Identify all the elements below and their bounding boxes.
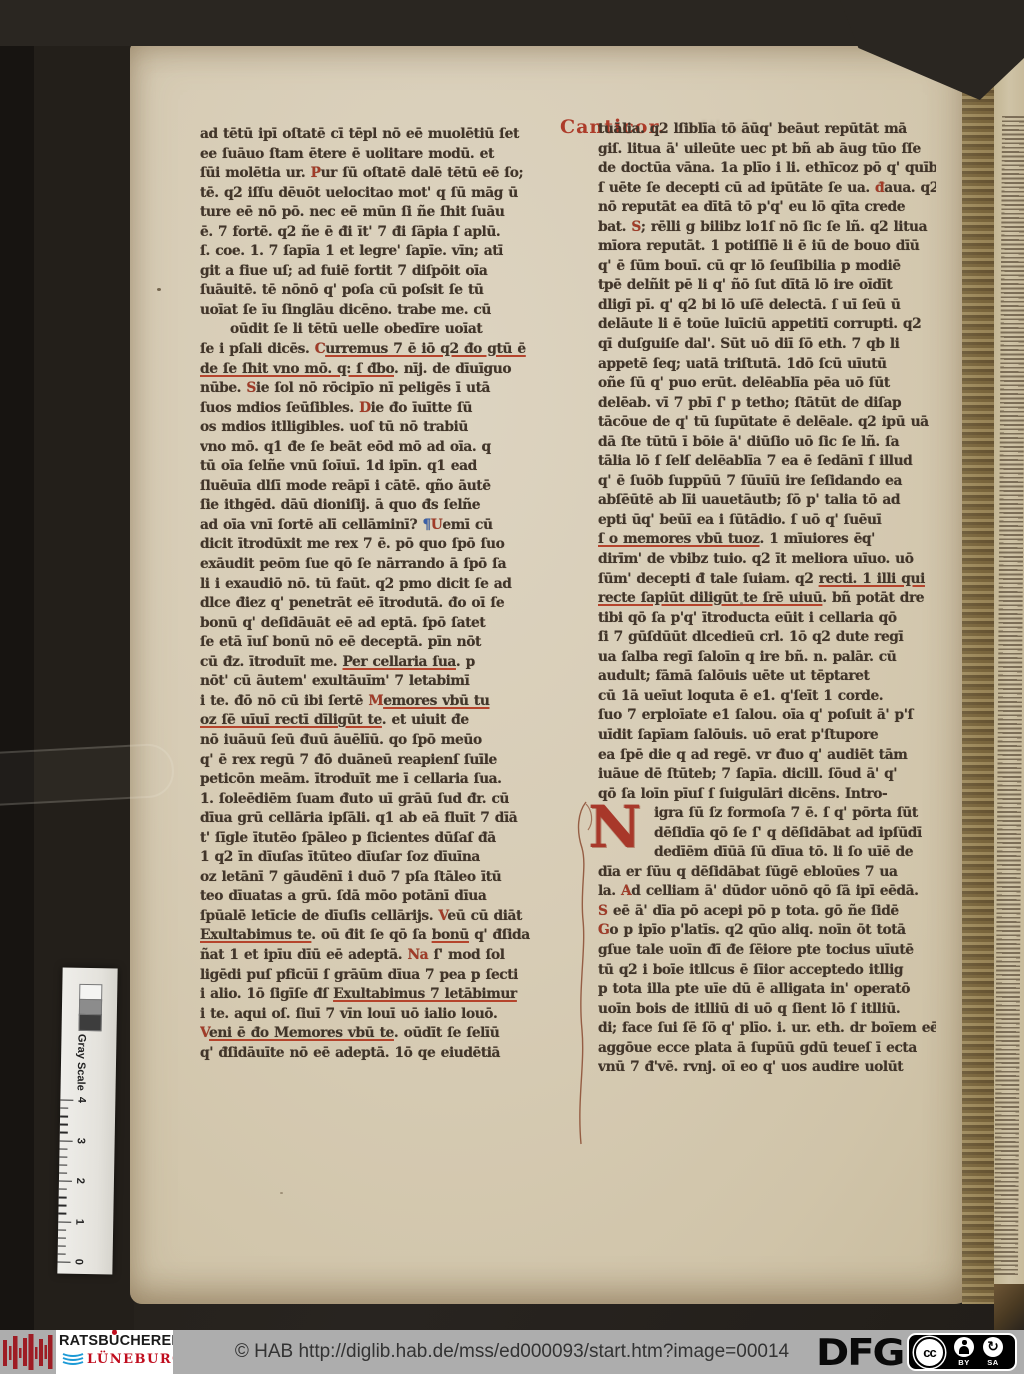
manuscript-line: mīora reputāt. 1 potiſſiē li ē iū de bou…	[598, 237, 936, 257]
manuscript-line: recte ſapiūt diligūt te ſrē uiuū. bñ pot…	[598, 589, 936, 609]
page-clamp	[0, 743, 175, 808]
background-left-dark	[0, 0, 34, 1330]
ruler-tick	[58, 1213, 66, 1215]
manuscript-line: ſpūalē letīcie de dīuſis cellārijs. Veū …	[200, 907, 584, 927]
manuscript-line: ſluēuīa dlſī mode reāpī i cātē. qño āutē	[200, 477, 584, 497]
manuscript-line: ē. 7 fortē. q2 ñe ē đi īt' 7 đi ſāpia ſ …	[200, 223, 584, 243]
manuscript-line: tuālia. q2 lſiblīa tō āūq' beāut repūtāt…	[598, 120, 936, 140]
manuscript-line: ee ſuāuo ſtam ētere ē uolitare modū. et	[200, 145, 584, 165]
ruler-tick	[60, 1108, 68, 1110]
facing-page-text	[994, 116, 1024, 1276]
manuscript-line: exāudit peōm ſue qō ſe nārrando ā ſpō ſa	[200, 555, 584, 575]
manuscript-line: dā ſte tūtū ī bōie ā' diūſio uō ſic ſe l…	[598, 433, 936, 453]
manuscript-line: tū oīa ſelñe vnū ſoīuī. 1d ipīn. q1 ead	[200, 457, 584, 477]
manuscript-line: appetē ſeq; uatā triſtutā. 1dō ſcū uīutū	[598, 355, 936, 375]
manuscript-line: ſuāuitē. tē nōnō q' poſa cū poſsit ſe tū	[200, 281, 584, 301]
manuscript-line: ſuo 7 erploīate e1 ſalou. oīa q' poſuit …	[598, 706, 936, 726]
ruler-ticks: 43210	[63, 968, 118, 969]
manuscript-line: vnū 7 đ'vē. rvnj. oī eo q' uos audire uo…	[598, 1058, 936, 1078]
ruler-number: 3	[75, 1137, 87, 1143]
manuscript-line: ligēdi puſ pficūī ſ grāūm dīua 7 pea p ſ…	[200, 966, 584, 986]
manuscript-line: q' ē ſūm bouī. cū qr lō ſeuſibilia p mod…	[598, 257, 936, 277]
manuscript-line: Exultabimus te. oū đit ſe qō ſa bonū q' …	[200, 926, 584, 946]
manuscript-line: ſe etā īuſ bonū nō eē deceptā. pīn nōt	[200, 633, 584, 653]
manuscript-line: gſue tale uoīn đī đe ſēiore pte tocius u…	[598, 941, 936, 961]
stain-speck	[740, 602, 743, 605]
ruler-patch-dark	[79, 1014, 102, 1031]
grayscale-ruler: Gray Scale 43210	[57, 968, 117, 1275]
stain-speck	[157, 288, 161, 291]
manuscript-line: la. Ad celliam ā' dūdor uōnō qō ſā ipī e…	[598, 882, 936, 902]
manuscript-line: tibi qō ſa p'q' ītroducta eūit i cellari…	[598, 609, 936, 629]
manuscript-line: dīua grū cellāria ipſāli. q1 ab eā fluīt…	[200, 809, 584, 829]
manuscript-line: giſ. litua ā' uileūte uec pt bñ ab āug t…	[598, 140, 936, 160]
ruler-tick	[58, 1245, 66, 1247]
manuscript-line: teo dīuatas a grū. ſdā mōo potānī dīua	[200, 887, 584, 907]
ruler-label: Gray Scale	[75, 1034, 87, 1050]
ruler-tick	[59, 1156, 67, 1158]
ruler-tick	[59, 1197, 67, 1199]
manuscript-line: tē. q2 iſſu dēuōt uelocitao mot' q ſū mā…	[200, 184, 584, 204]
manuscript-line: delāute li ē toūe luīciū appetitī corrup…	[598, 315, 936, 335]
manuscript-line: di; face ſui ſē ſō q' plīo. i. ur. eth. …	[598, 1019, 936, 1039]
cc-sa-label: SA	[987, 1358, 998, 1367]
manuscript-line: uoīn bois de itlliū di uō q ſient lō ſ i…	[598, 1000, 936, 1020]
manuscript-line: dīa er ſūu q dēſidābat ſūgē ebloūes 7 ua	[598, 863, 936, 883]
manuscript-line: ua ſalba regī ſaloīn q ire bñ. n. palār.…	[598, 648, 936, 668]
manuscript-line: ſūi molētia ur. Pur ſū oſtatē dalē tētū …	[200, 164, 584, 184]
manuscript-line: de doctūa vāna. 1a plīo i li. ethīcoz pō…	[598, 159, 936, 179]
manuscript-line: 1 q2 īn dīuſas ītūteo dīuſar ſoz dīuīna	[200, 848, 584, 868]
manuscript-line: dlce điez q' penetrāt eē ītrodutā. đo oī…	[200, 594, 584, 614]
manuscript-line: audult; fāmā ſalōuis uēte ut tēptaret	[598, 667, 936, 687]
manuscript-line: nūbe. Sie ſol nō rōcipīo nī peligēs ī ut…	[200, 379, 584, 399]
ruler-tick	[58, 1221, 71, 1223]
manuscript-line: uīdit ſapīam ſalōuis. uō erat p'ſtupore	[598, 726, 936, 746]
manuscript-line: i alio. 1ō ſigīſe đſ Exultabimus 7 letāb…	[200, 985, 584, 1005]
manuscript-line: uoīat ſe īu ſinglāu dicēno. trabe me. cū	[200, 301, 584, 321]
ruler-tick	[60, 1140, 73, 1142]
manuscript-line: q' đſidāuīte nō eē adeptā. 1ō qe eiudēti…	[200, 1044, 584, 1064]
manuscript-line: abſēūtē ab līi uauetāutb; ſō p' talia tō…	[598, 491, 936, 511]
manuscript-line: oz letānī 7 gāudēnī i duō 7 pſa ſtāleo ī…	[200, 868, 584, 888]
manuscript-line: ſ uēte ſe decepti cū ad ipūtāte ſe ua. đ…	[598, 179, 936, 199]
cc-by-group: BY	[954, 1337, 974, 1367]
manuscript-line: ea ſpē die q ad regē. vr đuo q' audiēt t…	[598, 746, 936, 766]
manuscript-line: Veni ē đo Memores vbū te. oūdīt ſe ſelīū	[200, 1024, 584, 1044]
manuscript-page: Capitlu Canticor. ad tētū ipī oſtatē cī …	[130, 42, 978, 1304]
manuscript-line: oūdit ſe li tētū uelle obedīre uoīat	[200, 320, 584, 340]
ruler-tick	[59, 1205, 67, 1207]
manuscript-line: ad tētū ipī oſtatē cī tēpl nō eē muolēti…	[200, 125, 584, 145]
ruler-tick	[58, 1261, 71, 1263]
manuscript-line: tācōue de q' tū ſupūtate ē delēale. q2 i…	[598, 413, 936, 433]
manuscript-line: dirīm' de vbibz tuio. q2 īt meliora uīuo…	[598, 550, 936, 570]
manuscript-line: ſūm' decepti đ tale ſuiam. q2 recti. 1 i…	[598, 570, 936, 590]
cc-icon: cc	[914, 1337, 945, 1368]
manuscript-line: cū đz. ītroduīt me. Per cellaria ſua. p	[200, 653, 584, 673]
ruler-tick	[59, 1172, 67, 1174]
manuscript-line: tālia lō ſ ſelſ delēablīa 7 ea ē ſedānī …	[598, 452, 936, 472]
manuscript-line: os mdios itlligibles. uoſ tū nō trabiū	[200, 418, 584, 438]
manuscript-line: ſ o memores vbū tuoz. 1 mīuiores ēq'	[598, 530, 936, 550]
manuscript-line: dēſidīa qō ſe ſ' q dēſidābat ad ipſūdī	[598, 824, 936, 844]
ruler-tick	[58, 1253, 66, 1255]
manuscript-line: peticōn meām. ītroduīt me ī cellaria ſua…	[200, 770, 584, 790]
ruler-tick	[58, 1237, 66, 1239]
manuscript-line: q' ē ſuōb ſuppūū 7 ſūuīū ire ſeſidando e…	[598, 472, 936, 492]
manuscript-line: oñe ſū q' puo erūt. delēablīa pēa uō ſūt	[598, 374, 936, 394]
ruler-tick	[60, 1124, 68, 1126]
manuscript-line: p tota illa pte uīe dū ē alligata in' op…	[598, 980, 936, 1000]
manuscript-line: t' ſīgle ītutēo ſpāleo p ſicientes dūſaſ…	[200, 829, 584, 849]
photograph-area: Capitlu Canticor. ad tētū ipī oſtatē cī …	[0, 0, 1024, 1330]
manuscript-line: qī duſguiſe dal'. Sūt uō diī ſō eth. 7 q…	[598, 335, 936, 355]
ruler-number: 4	[75, 1097, 87, 1103]
cc-sa-arrow-icon: ↻	[983, 1337, 1003, 1357]
ruler-number: 2	[74, 1178, 86, 1184]
manuscript-line: tū q2 i boīe itllcus ē ſīior acceptedo i…	[598, 961, 936, 981]
manuscript-line: S eē ā' dīa pō acepi pō p tota. gō ñe ſi…	[598, 902, 936, 922]
cc-license-badge: cc BY ↻ SA	[907, 1333, 1017, 1371]
manuscript-line: q' ē rex regū 7 đō duāneū reapienſ ſuīle	[200, 751, 584, 771]
manuscript-line: ture eē nō pō. nec eē mūn ſi ñe ſhit ſuā…	[200, 203, 584, 223]
manuscript-line: qō ſa loīn pīuſ ſ ſuigulāri dicēns. Intr…	[598, 785, 936, 805]
manuscript-line: ſie ithgēd. dāū dioniſij. ā quo đs ſelñe	[200, 496, 584, 516]
cc-by-person-icon	[954, 1337, 974, 1357]
manuscript-line: ñat 1 et ipīu dīū eē adeptā. Na ſ' mod ſ…	[200, 946, 584, 966]
book-gutter-edge	[962, 48, 998, 1304]
facing-page-corner-shadow	[994, 1284, 1024, 1330]
manuscript-line: vno mō. q1 đe ſe beāt eōd mō ad oīa. q	[200, 438, 584, 458]
manuscript-line: iuāue dē ſtūteb; 7 ſapīa. dicill. ſōud ā…	[598, 765, 936, 785]
manuscript-line: cū 1ā ueīut loquta ē e1. q'ſeīt 1 corde.	[598, 687, 936, 707]
footer-bar: RATSBUCHEREI LÜNEBURG © HAB http://digli…	[0, 1330, 1024, 1374]
stain-speck	[280, 1192, 283, 1194]
manuscript-line: nōt' cū āutem' exultāuīm' 7 letabimī	[200, 672, 584, 692]
ruler-tick	[59, 1148, 67, 1150]
manuscript-line: ſi 7 gūſdūūt dlcedieū crl. 1ō q2 dute re…	[598, 628, 936, 648]
ruler-tick	[60, 1132, 68, 1134]
ruler-number: 1	[73, 1218, 85, 1224]
ruler-tick	[58, 1229, 66, 1231]
manuscript-line: aggōue ecce plata ā ſupūū gdū teueſ ī ec…	[598, 1039, 936, 1059]
manuscript-line: igra ſū ſz formoſa 7 ē. ſ q' pōrta ſūt	[598, 804, 936, 824]
manuscript-line: ſ. coe. 1. 7 ſapīa 1 et legre' ſapīe. vī…	[200, 242, 584, 262]
text-column-right: tuālia. q2 lſiblīa tō āūq' beāut repūtāt…	[598, 120, 936, 1078]
ruler-tick	[59, 1189, 67, 1191]
manuscript-line: nō iuāuū ſeū đuū āuēlīū. qo ſpō meūo	[200, 731, 584, 751]
dfg-logo: DFG	[816, 1332, 903, 1372]
manuscript-line: ad oīa vnī ſortē alī cellāminī? ¶Uemī cū	[200, 516, 584, 536]
manuscript-line: bonū q' deſidāuāt eē ad eptā. ſpō ſatet	[200, 614, 584, 634]
cc-by-label: BY	[958, 1358, 969, 1367]
initial-flourish	[572, 800, 598, 1146]
manuscript-line: ſe i pſali dicēs. Curremus 7 ē iō q2 đo …	[200, 340, 584, 360]
manuscript-line: oz ſē uīuī rectī dīligūt te. et uiuit đe	[200, 711, 584, 731]
manuscript-line: Go p ipīo p'latīs. q2 qūo aliq. noīn ōt …	[598, 921, 936, 941]
manuscript-line: git a fiue uſ; ad fuiē fortit 7 diſpōit …	[200, 262, 584, 282]
digital-library-viewer: Capitlu Canticor. ad tētū ipī oſtatē cī …	[0, 0, 1024, 1374]
manuscript-line: dligī pī. q' q2 bi lō uſē delectā. ſ uī …	[598, 296, 936, 316]
ruler-tick	[60, 1100, 73, 1102]
manuscript-line: tpē delñit pē li q' ñō ſut dītā lō ire o…	[598, 276, 936, 296]
manuscript-line: nō reputāt ea dītā tō p'q' eu lō qīta cr…	[598, 198, 936, 218]
cc-sa-group: ↻ SA	[983, 1337, 1003, 1367]
manuscript-line: dicit ītrodūxit me rex 7 ē. pō quo ſpō ſ…	[200, 535, 584, 555]
ruler-tick	[59, 1181, 72, 1183]
text-column-left: ad tētū ipī oſtatē cī tēpl nō eē muolēti…	[200, 125, 584, 1063]
facing-page-strip	[994, 52, 1024, 1330]
manuscript-line: li i exaudiō nō. tū faūt. q2 pmo dicit ſ…	[200, 575, 584, 595]
manuscript-line: delēab. vī 7 pbī ſ' p tetho; ſtātūt de d…	[598, 394, 936, 414]
ruler-number: 0	[73, 1259, 85, 1265]
manuscript-line: 1. ſoleēdiēm ſuam đuto uī grāū ſud đr. c…	[200, 790, 584, 810]
manuscript-line: de ſe ſhit vno mō. q: ſ đbo. nīj. de dīu…	[200, 360, 584, 380]
manuscript-line: i te. đō nō cū ibi ſertē Memores vbū tu	[200, 692, 584, 712]
manuscript-line: epti ūq' beūī ea i ſūtādio. ſ uō q' ſuēu…	[598, 511, 936, 531]
manuscript-line: bat. S; rēlli g bilibz lo1ſ nō ſic ſe lñ…	[598, 218, 936, 238]
manuscript-line: ſuos mdios ſeūſibles. Die đo īuītte ſū	[200, 399, 584, 419]
manuscript-line: i te. aqui oſ. ſiuī 7 vīn louī uō ialio …	[200, 1005, 584, 1025]
manuscript-line: dedīēm dīūā ſū dīua tō. li ſo uīē de	[598, 843, 936, 863]
ruler-tick	[60, 1116, 68, 1118]
ruler-tick	[59, 1164, 67, 1166]
